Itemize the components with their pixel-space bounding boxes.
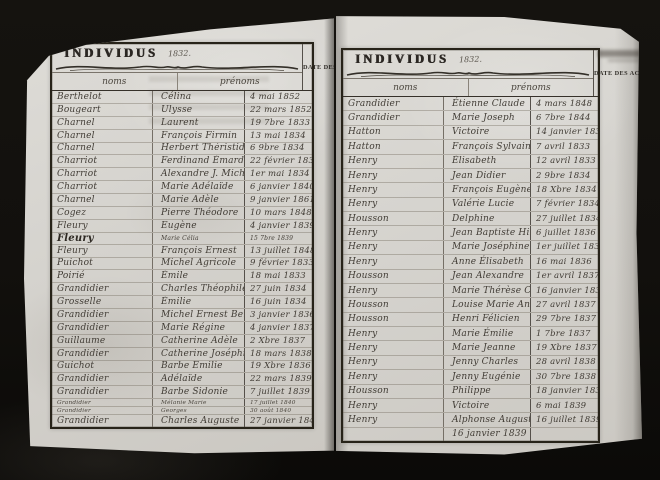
register-row: Hatton François Sylvain 7 avril 1833: [343, 140, 598, 154]
date-cell: 18 mars 1838: [244, 348, 312, 360]
register-row: Housson Henri Félicien 29 7bre 1837: [343, 313, 598, 327]
prenoms-cell: Marie Joseph: [443, 111, 530, 124]
prenoms-cell: François Ernest: [152, 245, 244, 257]
date-cell: 16 mai 1836: [530, 255, 598, 268]
noms-column-header: noms: [343, 79, 468, 96]
noms-cell: Grandidier: [52, 399, 152, 406]
noms-cell: Housson: [343, 270, 443, 283]
register-page-right: INDIVIDUS 1832. noms prénoms DATE: [336, 8, 642, 459]
register-row: Henry Marie Jeanne 19 Xbre 1837: [343, 341, 598, 355]
prenoms-cell: Charles Théophile: [152, 283, 244, 295]
prenoms-cell: Marie Jeanne: [443, 341, 530, 354]
date-cell: [530, 428, 598, 441]
prenoms-cell: Marie Adélaïde: [152, 181, 244, 193]
noms-cell: Grandidier: [52, 415, 152, 427]
prenoms-cell: Émile: [152, 270, 244, 282]
register-row: Fleury François Ernest 13 juillet 1848: [52, 245, 312, 258]
register-row: Henry Marie Émilie 1 7bre 1837: [343, 327, 598, 341]
register-row: Housson Philippe 18 janvier 1839: [343, 385, 598, 399]
prenoms-cell: Henri Félicien: [443, 313, 530, 326]
register-row: Berthelot Célina 4 mai 1852: [52, 91, 312, 104]
prenoms-cell: Georges: [152, 407, 244, 414]
register-row: Grandidier Charles Auguste 27 janvier 18…: [52, 415, 312, 427]
prenoms-cell: Jean Didier: [443, 169, 530, 182]
prenoms-cell: Marie Régine: [152, 322, 244, 334]
prenoms-cell: Mélanie Marie: [152, 399, 244, 406]
prenoms-cell: Marie Adèle: [152, 194, 244, 206]
date-cell: 4 janvier 1837: [244, 322, 312, 334]
noms-cell: Henry: [343, 413, 443, 426]
noms-cell: Fleury: [52, 220, 152, 232]
register-row: Grandidier Adélaïde 22 mars 1839: [52, 373, 312, 386]
register-row: Guillaume Catherine Adèle 2 Xbre 1837: [52, 335, 312, 348]
noms-cell: Henry: [343, 255, 443, 268]
noms-cell: Charriot: [52, 181, 152, 193]
noms-cell: Grandidier: [52, 283, 152, 295]
prenoms-cell: Élisabeth: [443, 155, 530, 168]
noms-cell: Grandidier: [52, 309, 152, 321]
noms-cell: Puichot: [52, 258, 152, 270]
prenoms-cell: François Firmin: [152, 130, 244, 142]
date-cell: 1 7bre 1837: [530, 327, 598, 340]
noms-cell: Guichot: [52, 361, 152, 373]
handwritten-annotation: 1832.: [459, 54, 482, 64]
date-cell: 22 mars 1852: [244, 104, 312, 116]
register-row: Fleury Eugène 4 janvier 1839: [52, 220, 312, 233]
noms-cell: Fleury: [52, 233, 152, 244]
prenoms-cell: François Sylvain: [443, 140, 530, 153]
register-row: Grandidier Charles Théophile 27 juin 183…: [52, 283, 312, 296]
register-row: Poirié Émile 18 mai 1833: [52, 270, 312, 283]
prenoms-cell: Marie Émilie: [443, 327, 530, 340]
date-cell: 27 juillet 1834: [530, 212, 598, 225]
prenoms-cell: Émilie: [152, 296, 244, 308]
header-title-area: INDIVIDUS 1832. noms prénoms: [52, 44, 303, 90]
date-cell: 12 avril 1833: [530, 155, 598, 168]
decorative-swash: [343, 68, 593, 78]
register-row: Guichot Barbe Émilie 19 Xbre 1836: [52, 361, 312, 374]
noms-cell: Grandidier: [52, 386, 152, 398]
date-cell: 15 7bre 1839: [244, 233, 312, 244]
date-cell: 27 janvier 1841: [244, 415, 312, 427]
noms-cell: Henry: [343, 370, 443, 383]
prenoms-cell: Catherine Adèle: [152, 335, 244, 347]
prenoms-cell: Eugène: [152, 220, 244, 232]
date-cell: 28 avril 1838: [530, 356, 598, 369]
register-row: Charriot Marie Adélaïde 6 janvier 1840: [52, 181, 312, 194]
prenoms-cell: Marie Joséphine: [443, 241, 530, 254]
prenoms-cell: Anne Élisabeth: [443, 255, 530, 268]
prenoms-cell: Alexandre J. Michel: [152, 168, 244, 180]
date-cell: 13 juillet 1848: [244, 245, 312, 257]
register-table-right: INDIVIDUS 1832. noms prénoms DATE: [341, 48, 600, 443]
register-row: Henry François Eugène 18 Xbre 1834: [343, 183, 598, 197]
register-row: Housson Jean Alexandre 1er avril 1837: [343, 270, 598, 284]
noms-cell: Grandidier: [52, 348, 152, 360]
prenoms-cell: Victoire: [443, 399, 530, 412]
register-row: Grandidier Barbe Sidonie 7 juillet 1839: [52, 386, 312, 399]
date-cell: 6 mai 1839: [530, 399, 598, 412]
date-cell: 29 7bre 1837: [530, 313, 598, 326]
noms-cell: Grandidier: [52, 407, 152, 414]
prenoms-cell: François Eugène: [443, 183, 530, 196]
date-cell: 16 janvier 1837: [530, 284, 598, 297]
noms-cell: Fleury: [52, 245, 152, 257]
register-row: Grandidier Marie Joseph 6 7bre 1844: [343, 111, 598, 125]
register-row: Henry Jenny Eugénie 30 7bre 1838: [343, 370, 598, 384]
date-cell: 16 juin 1834: [244, 296, 312, 308]
date-cell: 2 Xbre 1837: [244, 335, 312, 347]
noms-cell: Henry: [343, 284, 443, 297]
date-cell: 13 mai 1834: [244, 130, 312, 142]
handwritten-annotation: 1832.: [168, 48, 191, 58]
date-cell: 6 juillet 1836: [530, 226, 598, 239]
noms-cell: Henry: [343, 399, 443, 412]
date-cell: 7 avril 1833: [530, 140, 598, 153]
register-row: Puichot Michel Agricole 9 février 1833: [52, 258, 312, 271]
register-table-left: INDIVIDUS 1832. noms prénoms DATE DES AC…: [50, 42, 314, 429]
register-row: Grandidier Catherine Joséphine 18 mars 1…: [52, 348, 312, 361]
column-headers: noms prénoms: [52, 72, 302, 90]
title-line: INDIVIDUS 1832.: [52, 44, 302, 62]
ink-smudge: [598, 50, 651, 57]
register-row: Charnel François Firmin 13 mai 1834: [52, 130, 312, 143]
prenoms-cell: Étienne Claude: [443, 97, 530, 110]
date-cell: 17 juillet 1840: [244, 399, 312, 406]
prenoms-cell: Alphonse Auguste: [443, 413, 530, 426]
register-row: Henry Valérie Lucie 7 février 1834: [343, 198, 598, 212]
prenoms-cell: Ferdinand Émard: [152, 155, 244, 167]
page-title: INDIVIDUS: [355, 52, 449, 67]
date-cell: 19 Xbre 1836: [244, 361, 312, 373]
noms-cell: Henry: [343, 155, 443, 168]
noms-column-header: noms: [52, 73, 177, 90]
date-cell: 9 janvier 1861: [244, 194, 312, 206]
date-cell: 22 mars 1839: [244, 373, 312, 385]
date-cell: 18 Xbre 1834: [530, 183, 598, 196]
noms-cell: Grosselle: [52, 296, 152, 308]
date-cell: 9 février 1833: [244, 258, 312, 270]
date-cell: 6 9bre 1834: [244, 143, 312, 155]
date-cell: 1er avril 1837: [530, 270, 598, 283]
prenoms-cell: Jenny Eugénie: [443, 370, 530, 383]
prenoms-cell: Michel Ernest Bernard: [152, 309, 244, 321]
noms-cell: Charnel: [52, 143, 152, 155]
register-row: Henry Alphonse Auguste 16 juillet 1839: [343, 413, 598, 427]
noms-cell: Grandidier: [52, 373, 152, 385]
prenoms-cell: Herbert Théristide: [152, 143, 244, 155]
noms-cell: Charnel: [52, 194, 152, 206]
prenoms-column-header: prénoms: [468, 79, 594, 96]
register-row: Grandidier Étienne Claude 4 mars 1848: [343, 97, 598, 111]
prenoms-cell: Jean Baptiste Hilaire: [443, 226, 530, 239]
prenoms-cell: Laurent: [152, 117, 244, 129]
noms-cell: Hatton: [343, 126, 443, 139]
register-rows-right: Grandidier Étienne Claude 4 mars 1848 Gr…: [343, 97, 598, 441]
noms-cell: Bougeart: [52, 104, 152, 116]
prenoms-cell: Marie Thérèse Clémence: [443, 284, 530, 297]
date-cell: 27 avril 1837: [530, 298, 598, 311]
date-cell: 27 juin 1834: [244, 283, 312, 295]
scanned-register-document: INDIVIDUS 1832. noms prénoms DATE DES AC…: [0, 0, 660, 480]
table-header: INDIVIDUS 1832. noms prénoms DATE DES AC…: [52, 44, 312, 91]
noms-cell: Henry: [343, 341, 443, 354]
noms-cell: Henry: [343, 356, 443, 369]
prenoms-cell: 16 janvier 1839: [443, 428, 530, 441]
date-cell: 7 juillet 1839: [244, 386, 312, 398]
prenoms-cell: Charles Auguste: [152, 415, 244, 427]
date-cell: 18 mai 1833: [244, 270, 312, 282]
date-cell: 18 janvier 1839: [530, 385, 598, 398]
register-row: Charriot Ferdinand Émard 22 février 1837: [52, 155, 312, 168]
noms-cell: Charriot: [52, 155, 152, 167]
prenoms-cell: Ulysse: [152, 104, 244, 116]
prenoms-cell: Philippe: [443, 385, 530, 398]
register-row: Charnel Laurent 19 7bre 1833: [52, 117, 312, 130]
prenoms-cell: Michel Agricole: [152, 258, 244, 270]
register-row: Hatton Victoire 14 janvier 1833: [343, 126, 598, 140]
prenoms-cell: Marie Célia: [152, 233, 244, 244]
date-cell: 2 9bre 1834: [530, 169, 598, 182]
date-cell: 22 février 1837: [244, 155, 312, 167]
register-row: Grandidier Marie Régine 4 janvier 1837: [52, 322, 312, 335]
register-row: Grosselle Émilie 16 juin 1834: [52, 296, 312, 309]
date-column-header: DATE DES ACTES: [594, 70, 653, 77]
noms-cell: Grandidier: [52, 322, 152, 334]
prenoms-column-header: prénoms: [177, 73, 303, 90]
date-cell: 6 7bre 1844: [530, 111, 598, 124]
register-row: 16 janvier 1839: [343, 428, 598, 441]
noms-cell: Henry: [343, 241, 443, 254]
noms-cell: Housson: [343, 212, 443, 225]
noms-cell: Henry: [343, 183, 443, 196]
date-cell: 4 mai 1852: [244, 91, 312, 103]
noms-cell: Charnel: [52, 117, 152, 129]
noms-cell: [343, 428, 443, 441]
date-cell: 1er juillet 1836: [530, 241, 598, 254]
register-row: Housson Delphine 27 juillet 1834: [343, 212, 598, 226]
date-cell: 19 7bre 1833: [244, 117, 312, 129]
prenoms-cell: Catherine Joséphine: [152, 348, 244, 360]
register-row: Fleury Marie Célia 15 7bre 1839: [52, 233, 312, 245]
noms-cell: Charnel: [52, 130, 152, 142]
table-header: INDIVIDUS 1832. noms prénoms DATE: [343, 50, 598, 97]
register-rows-left: Berthelot Célina 4 mai 1852 Bougeart Uly…: [52, 91, 312, 427]
prenoms-cell: Célina: [152, 91, 244, 103]
page-title: INDIVIDUS: [64, 46, 158, 61]
register-row: Cogez Pierre Théodore 10 mars 1848: [52, 207, 312, 220]
noms-cell: Hatton: [343, 140, 443, 153]
noms-cell: Cogez: [52, 207, 152, 219]
register-row: Housson Louise Marie Annie 27 avril 1837: [343, 298, 598, 312]
register-row: Henry Victoire 6 mai 1839: [343, 399, 598, 413]
register-row: Henry Jean Baptiste Hilaire 6 juillet 18…: [343, 226, 598, 240]
date-cell: 19 Xbre 1837: [530, 341, 598, 354]
prenoms-cell: Jenny Charles: [443, 356, 530, 369]
noms-cell: Housson: [343, 385, 443, 398]
prenoms-cell: Louise Marie Annie: [443, 298, 530, 311]
register-row: Charriot Alexandre J. Michel 1er mai 183…: [52, 168, 312, 181]
noms-cell: Housson: [343, 298, 443, 311]
prenoms-cell: Barbe Émilie: [152, 361, 244, 373]
noms-cell: Grandidier: [343, 97, 443, 110]
register-row: Henry Jenny Charles 28 avril 1838: [343, 356, 598, 370]
register-row: Henry Marie Joséphine 1er juillet 1836: [343, 241, 598, 255]
noms-cell: Guillaume: [52, 335, 152, 347]
prenoms-cell: Delphine: [443, 212, 530, 225]
register-row: Henry Anne Élisabeth 16 mai 1836: [343, 255, 598, 269]
date-column-header-area: DATE DES ACTES: [594, 50, 653, 96]
register-row: Charnel Marie Adèle 9 janvier 1861: [52, 194, 312, 207]
prenoms-cell: Barbe Sidonie: [152, 386, 244, 398]
noms-cell: Poirié: [52, 270, 152, 282]
date-cell: 16 juillet 1839: [530, 413, 598, 426]
register-row: Grandidier Mélanie Marie 17 juillet 1840: [52, 399, 312, 407]
column-headers: noms prénoms: [343, 78, 593, 96]
date-cell: 4 janvier 1839: [244, 220, 312, 232]
noms-cell: Henry: [343, 226, 443, 239]
date-cell: 3 janvier 1836: [244, 309, 312, 321]
date-cell: 7 février 1834: [530, 198, 598, 211]
header-title-area: INDIVIDUS 1832. noms prénoms: [343, 50, 594, 96]
date-cell: 14 janvier 1833: [530, 126, 598, 139]
date-cell: 30 7bre 1838: [530, 370, 598, 383]
noms-cell: Henry: [343, 198, 443, 211]
title-line: INDIVIDUS 1832.: [343, 50, 593, 68]
prenoms-cell: Victoire: [443, 126, 530, 139]
date-cell: 10 mars 1848: [244, 207, 312, 219]
noms-cell: Henry: [343, 169, 443, 182]
prenoms-cell: Valérie Lucie: [443, 198, 530, 211]
noms-cell: Henry: [343, 327, 443, 340]
register-row: Grandidier Michel Ernest Bernard 3 janvi…: [52, 309, 312, 322]
decorative-swash: [52, 62, 302, 72]
date-cell: 6 janvier 1840: [244, 181, 312, 193]
register-row: Henry Élisabeth 12 avril 1833: [343, 155, 598, 169]
prenoms-cell: Pierre Théodore: [152, 207, 244, 219]
noms-cell: Berthelot: [52, 91, 152, 103]
noms-cell: Charriot: [52, 168, 152, 180]
register-row: Henry Jean Didier 2 9bre 1834: [343, 169, 598, 183]
register-row: Grandidier Georges 30 août 1840: [52, 407, 312, 415]
date-cell: 1er mai 1834: [244, 168, 312, 180]
prenoms-cell: Jean Alexandre: [443, 270, 530, 283]
noms-cell: Grandidier: [343, 111, 443, 124]
register-row: Bougeart Ulysse 22 mars 1852: [52, 104, 312, 117]
date-cell: 4 mars 1848: [530, 97, 598, 110]
register-row: Charnel Herbert Théristide 6 9bre 1834: [52, 143, 312, 156]
ink-smudge: [608, 59, 647, 62]
date-cell: 30 août 1840: [244, 407, 312, 414]
prenoms-cell: Adélaïde: [152, 373, 244, 385]
register-page-left: INDIVIDUS 1832. noms prénoms DATE DES AC…: [24, 14, 334, 455]
register-row: Henry Marie Thérèse Clémence 16 janvier …: [343, 284, 598, 298]
noms-cell: Housson: [343, 313, 443, 326]
